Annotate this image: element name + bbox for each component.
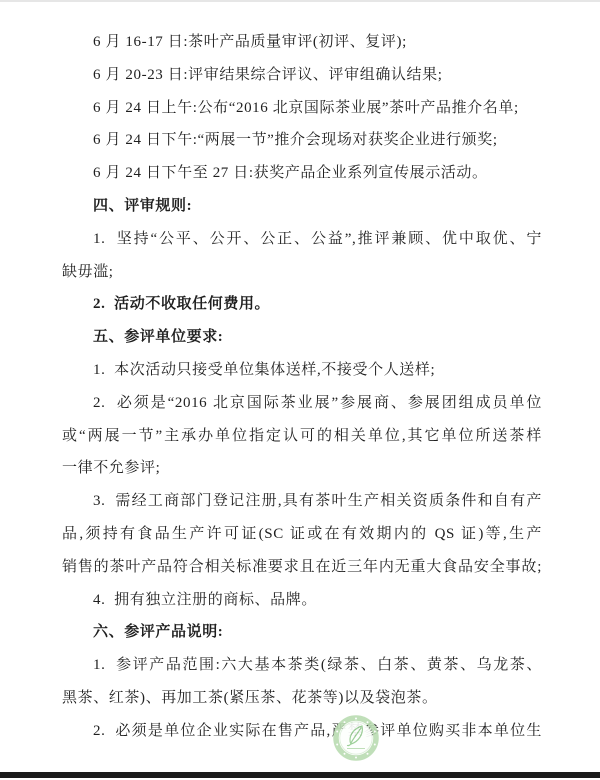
text-line: 四、评审规则:: [62, 190, 542, 223]
text-line: 黑茶、红茶)、再加工茶(紧压茶、花茶等)以及袋泡茶。: [62, 682, 542, 715]
text-line: 4. 拥有独立注册的商标、品牌。: [62, 584, 542, 617]
text-line: 2. 活动不收取任何费用。: [62, 288, 542, 321]
page-top-border: [0, 0, 600, 2]
text-line: 六、参评产品说明:: [62, 616, 542, 649]
text-line: 6 月 16-17 日:茶叶产品质量审评(初评、复评);: [62, 26, 542, 59]
text-line: 销售的茶叶产品符合相关标准要求且在近三年内无重大食品安全事故;: [62, 551, 542, 584]
seal-inner-circle: [340, 722, 372, 754]
text-line: 2. 必须是“2016 北京国际茶业展”参展商、参展团组成员单位: [62, 387, 542, 420]
text-line: 6 月 20-23 日:评审结果综合评议、评审组确认结果;: [62, 59, 542, 92]
text-line: 1. 本次活动只接受单位集体送样,不接受个人送样;: [62, 354, 542, 387]
text-line: 品,须持有食品生产许可证(SC 证或在有效期内的 QS 证)等,生产: [62, 518, 542, 551]
text-line: 五、参评单位要求:: [62, 321, 542, 354]
text-line: 或“两展一节”主承办单位指定认可的相关单位,其它单位所送茶样: [62, 420, 542, 453]
text-line: 6 月 24 日下午至 27 日:获奖产品企业系列宣传展示活动。: [62, 157, 542, 190]
text-line: 2. 必须是单位企业实际在售产品,严禁参评单位购买非本单位生: [62, 715, 542, 748]
text-line: 一律不允参评;: [62, 452, 542, 485]
document-body: 6 月 16-17 日:茶叶产品质量审评(初评、复评);6 月 20-23 日:…: [62, 26, 542, 748]
leaf-seal-watermark-icon: [332, 714, 380, 762]
text-line: 6 月 24 日上午:公布“2016 北京国际茶业展”茶叶产品推介名单;: [62, 92, 542, 125]
text-line: 1. 坚持“公平、公开、公正、公益”,推评兼顾、优中取优、宁: [62, 223, 542, 256]
page-bottom-bar: [0, 772, 600, 778]
text-line: 缺毋滥;: [62, 256, 542, 289]
text-line: 3. 需经工商部门登记注册,具有茶叶生产相关资质条件和自有产: [62, 485, 542, 518]
text-line: 1. 参评产品范围:六大基本茶类(绿茶、白茶、黄茶、乌龙茶、: [62, 649, 542, 682]
document-page: { "page": { "background": "#ffffff", "to…: [0, 0, 600, 780]
text-line: 6 月 24 日下午:“两展一节”推介会现场对获奖企业进行颁奖;: [62, 124, 542, 157]
